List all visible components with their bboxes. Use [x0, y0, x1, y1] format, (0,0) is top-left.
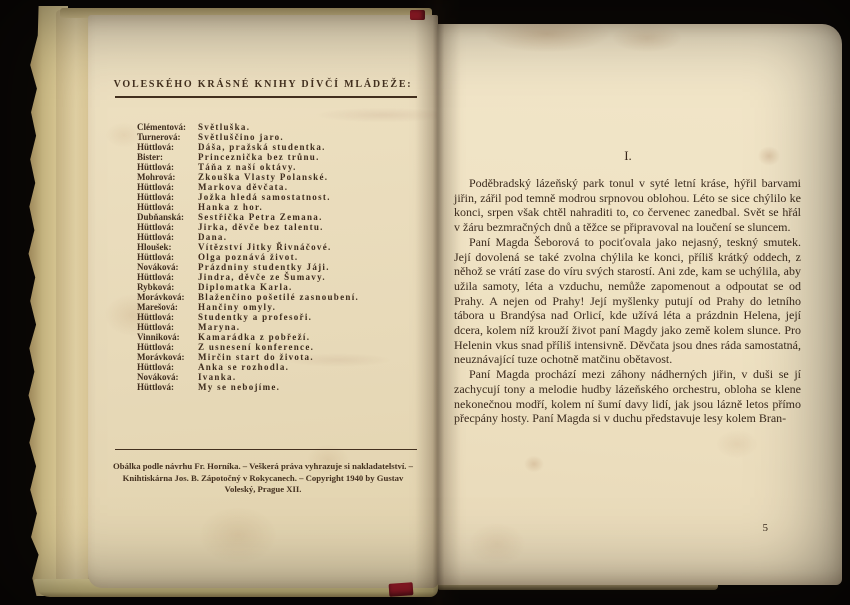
red-cover-fragment-bottom [389, 582, 414, 597]
book-title: Dáša, pražská studentka. [198, 142, 326, 152]
book-list-item: Hüttlová:Markova děvčata. [137, 182, 359, 192]
book-author: Hüttlová: [137, 162, 198, 172]
book-title: Diplomatka Karla. [198, 282, 293, 292]
book-author: Hüttlová: [137, 202, 198, 212]
book-title: Princeznička bez trůnu. [198, 152, 320, 162]
book-title: Světluščino jaro. [198, 132, 284, 142]
book-author: Nováková: [137, 372, 198, 382]
book-title: Ivanka. [198, 372, 236, 382]
book-title: Hančiny omyly. [198, 302, 276, 312]
book-title: Jirka, děvče bez talentu. [198, 222, 324, 232]
book-author: Clémentová: [137, 122, 198, 132]
book-author: Rybková: [137, 282, 198, 292]
book-title: Hanka z hor. [198, 202, 263, 212]
book-author: Vinniková: [137, 332, 198, 342]
colophon-text: Obálka podle návrhu Fr. Horníka. – Veške… [109, 461, 417, 496]
book-list-item: Hloušek:Vítězství Jitky Řivnáčové. [137, 242, 359, 252]
book-list-item: Hüttlová:My se nebojíme. [137, 382, 359, 392]
book-list-item: Vinniková:Kamarádka z pobřeží. [137, 332, 359, 342]
book-list-item: Mohrová:Zkouška Vlasty Polanské. [137, 172, 359, 182]
book-list-item: Morávková:Blaženčino pošetilé zasnoubení… [137, 292, 359, 302]
book-author: Hüttlová: [137, 382, 198, 392]
book-author: Mohrová: [137, 172, 198, 182]
heading-rule [115, 96, 417, 98]
right-page: I. Poděbradský lázeňský park tonul v syt… [437, 24, 842, 585]
book-title: Kamarádka z pobřeží. [198, 332, 310, 342]
book-title: Studentky a profesoři. [198, 312, 312, 322]
book-list-item: Morávková:Mirčin start do života. [137, 352, 359, 362]
book-list-item: Bister:Princeznička bez trůnu. [137, 152, 359, 162]
book-list-item: Hüttlová:Anka se rozhodla. [137, 362, 359, 372]
book-author: Hüttlová: [137, 342, 198, 352]
book-title: Táňa z naší oktávy. [198, 162, 297, 172]
book-title: My se nebojíme. [198, 382, 280, 392]
book-list-item: Hüttlová:Dáša, pražská studentka. [137, 142, 359, 152]
book-author: Hüttlová: [137, 322, 198, 332]
book-title: Zkouška Vlasty Polanské. [198, 172, 328, 182]
book-list-item: Hüttlová:Olga poznává život. [137, 252, 359, 262]
book-list-item: Clémentová:Světluška. [137, 122, 359, 132]
open-book-photograph: VOLESKÉHO KRÁSNÉ KNIHY DÍVČÍ MLÁDEŽE: Cl… [0, 0, 850, 605]
paragraph-1: Poděbradský lázeňský park tonul v syté l… [454, 176, 801, 235]
left-page: VOLESKÉHO KRÁSNÉ KNIHY DÍVČÍ MLÁDEŽE: Cl… [88, 15, 438, 588]
book-author: Hüttlová: [137, 252, 198, 262]
book-author: Hüttlová: [137, 312, 198, 322]
book-list-item: Dubňanská:Sestřička Petra Zemana. [137, 212, 359, 222]
book-list-item: Hüttlová:Táňa z naší oktávy. [137, 162, 359, 172]
book-title: Světluška. [198, 122, 250, 132]
series-heading: VOLESKÉHO KRÁSNÉ KNIHY DÍVČÍ MLÁDEŽE: [88, 79, 438, 90]
book-author: Hüttlová: [137, 182, 198, 192]
book-list-item: Hüttlová:Dana. [137, 232, 359, 242]
book-list-item: Hüttlová:Z usnesení konference. [137, 342, 359, 352]
book-title: Vítězství Jitky Řivnáčové. [198, 242, 332, 252]
book-list-item: Hüttlová:Jožka hledá samostatnost. [137, 192, 359, 202]
book-author: Hüttlová: [137, 142, 198, 152]
book-author: Marešová: [137, 302, 198, 312]
paragraph-2: Paní Magda Šeborová to pociťovala jako n… [454, 235, 801, 367]
paragraph-3: Paní Magda prochází mezi záhony nádherný… [454, 367, 801, 426]
book-list-item: Hüttlová:Jirka, děvče bez talentu. [137, 222, 359, 232]
book-list: Clémentová:Světluška.Turnerová:Světlušči… [137, 122, 359, 392]
book-title: Dana. [198, 232, 227, 242]
book-author: Morávková: [137, 352, 198, 362]
book-list-item: Nováková:Ivanka. [137, 372, 359, 382]
book-title: Mirčin start do života. [198, 352, 314, 362]
colophon-rule [115, 449, 417, 450]
book-list-item: Nováková:Prázdniny studentky Jáji. [137, 262, 359, 272]
book-author: Hüttlová: [137, 222, 198, 232]
book-list-item: Hüttlová:Maryna. [137, 322, 359, 332]
book-list-item: Hüttlová:Jindra, děvče ze Šumavy. [137, 272, 359, 282]
book-title: Maryna. [198, 322, 240, 332]
book-title: Olga poznává život. [198, 252, 298, 262]
book-title: Jožka hledá samostatnost. [198, 192, 331, 202]
book-title: Anka se rozhodla. [198, 362, 289, 372]
book-list-item: Hüttlová:Hanka z hor. [137, 202, 359, 212]
book-author: Hüttlová: [137, 232, 198, 242]
book-author: Hüttlová: [137, 362, 198, 372]
book-author: Hüttlová: [137, 272, 198, 282]
book-title: Prázdniny studentky Jáji. [198, 262, 330, 272]
book-title: Z usnesení konference. [198, 342, 314, 352]
book-author: Hüttlová: [137, 192, 198, 202]
book-title: Sestřička Petra Zemana. [198, 212, 323, 222]
book-list-item: Hüttlová:Studentky a profesoři. [137, 312, 359, 322]
book-title: Blaženčino pošetilé zasnoubení. [198, 292, 359, 302]
book-author: Morávková: [137, 292, 198, 302]
book-author: Nováková: [137, 262, 198, 272]
body-text: Poděbradský lázeňský park tonul v syté l… [454, 176, 801, 426]
book-author: Bister: [137, 152, 198, 162]
book-list-item: Rybková:Diplomatka Karla. [137, 282, 359, 292]
red-cover-fragment-top [410, 10, 425, 20]
book-list-item: Marešová:Hančiny omyly. [137, 302, 359, 312]
book-title: Markova děvčata. [198, 182, 288, 192]
book-list-item: Turnerová:Světluščino jaro. [137, 132, 359, 142]
book-title: Jindra, děvče ze Šumavy. [198, 272, 326, 282]
chapter-heading: I. [453, 148, 803, 164]
book-author: Dubňanská: [137, 212, 198, 222]
book-author: Hloušek: [137, 242, 198, 252]
book-author: Turnerová: [137, 132, 198, 142]
page-number: 5 [454, 522, 801, 534]
